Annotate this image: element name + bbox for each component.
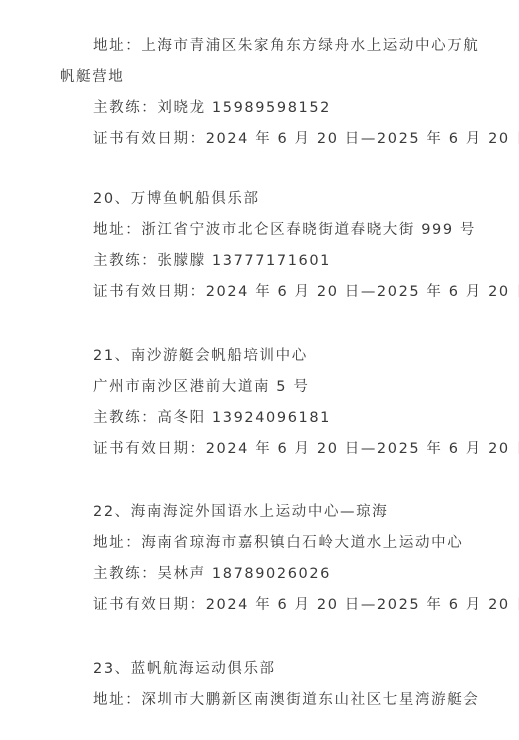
validity-label: 证书有效日期： xyxy=(93,597,206,613)
address-line: 广州市南沙区港前大道南 5 号 xyxy=(93,377,309,397)
coach-label: 主教练： xyxy=(93,253,157,269)
address-label: 地址： xyxy=(93,222,141,238)
address-label: 地址： xyxy=(93,38,141,54)
validity-text: 2024 年 6 月 20 日—2025 年 6 月 20 日 xyxy=(206,284,519,300)
entry-title: 22、海南海淀外国语水上运动中心—琼海 xyxy=(93,502,388,522)
coach-line: 主教练：张朦朦 13777171601 xyxy=(93,251,331,271)
coach-label: 主教练： xyxy=(93,566,157,582)
address-line: 地址：上海市青浦区朱家角东方绿舟水上运动中心万航 xyxy=(93,36,479,56)
address-text: 海南省琼海市嘉积镇白石岭大道水上运动中心 xyxy=(141,535,463,551)
coach-line: 主教练：高冬阳 13924096181 xyxy=(93,408,331,428)
coach-label: 主教练： xyxy=(93,100,157,116)
address-line-continued: 帆艇营地 xyxy=(60,67,124,87)
coach-label: 主教练： xyxy=(93,410,157,426)
address-text: 深圳市大鹏新区南澳街道东山社区七星湾游艇会 xyxy=(141,692,479,708)
coach-line: 主教练：吴林声 18789026026 xyxy=(93,564,331,584)
address-label: 地址： xyxy=(93,692,141,708)
validity-text: 2024 年 6 月 20 日—2025 年 6 月 20 日 xyxy=(206,131,519,147)
entry-title: 21、南沙游艇会帆船培训中心 xyxy=(93,346,308,366)
validity-line: 证书有效日期：2024 年 6 月 20 日—2025 年 6 月 20 日 xyxy=(93,439,519,459)
coach-text: 高冬阳 13924096181 xyxy=(157,410,331,426)
coach-text: 张朦朦 13777171601 xyxy=(157,253,331,269)
entry-title: 20、万博鱼帆船俱乐部 xyxy=(93,189,260,209)
coach-line: 主教练：刘晓龙 15989598152 xyxy=(93,98,331,118)
address-text: 广州市南沙区港前大道南 5 号 xyxy=(93,379,309,395)
coach-text: 吴林声 18789026026 xyxy=(157,566,331,582)
address-text: 上海市青浦区朱家角东方绿舟水上运动中心万航 xyxy=(141,38,479,54)
address-label: 地址： xyxy=(93,535,141,551)
entry-title: 23、蓝帆航海运动俱乐部 xyxy=(93,659,276,679)
document-page: 地址：上海市青浦区朱家角东方绿舟水上运动中心万航 帆艇营地 主教练：刘晓龙 15… xyxy=(0,0,519,740)
address-line: 地址：浙江省宁波市北仑区春晓街道春晓大街 999 号 xyxy=(93,220,476,240)
validity-text: 2024 年 6 月 20 日—2025 年 6 月 20 日 xyxy=(206,597,519,613)
validity-line: 证书有效日期：2024 年 6 月 20 日—2025 年 6 月 20 日 xyxy=(93,595,519,615)
validity-label: 证书有效日期： xyxy=(93,441,206,457)
address-line: 地址：深圳市大鹏新区南澳街道东山社区七星湾游艇会 xyxy=(93,690,479,710)
address-line: 地址：海南省琼海市嘉积镇白石岭大道水上运动中心 xyxy=(93,533,463,553)
validity-label: 证书有效日期： xyxy=(93,131,206,147)
validity-label: 证书有效日期： xyxy=(93,284,206,300)
validity-line: 证书有效日期：2024 年 6 月 20 日—2025 年 6 月 20 日 xyxy=(93,129,519,149)
validity-text: 2024 年 6 月 20 日—2025 年 6 月 20 日 xyxy=(206,441,519,457)
validity-line: 证书有效日期：2024 年 6 月 20 日—2025 年 6 月 20 日 xyxy=(93,282,519,302)
coach-text: 刘晓龙 15989598152 xyxy=(157,100,331,116)
address-text: 浙江省宁波市北仑区春晓街道春晓大街 999 号 xyxy=(141,222,476,238)
